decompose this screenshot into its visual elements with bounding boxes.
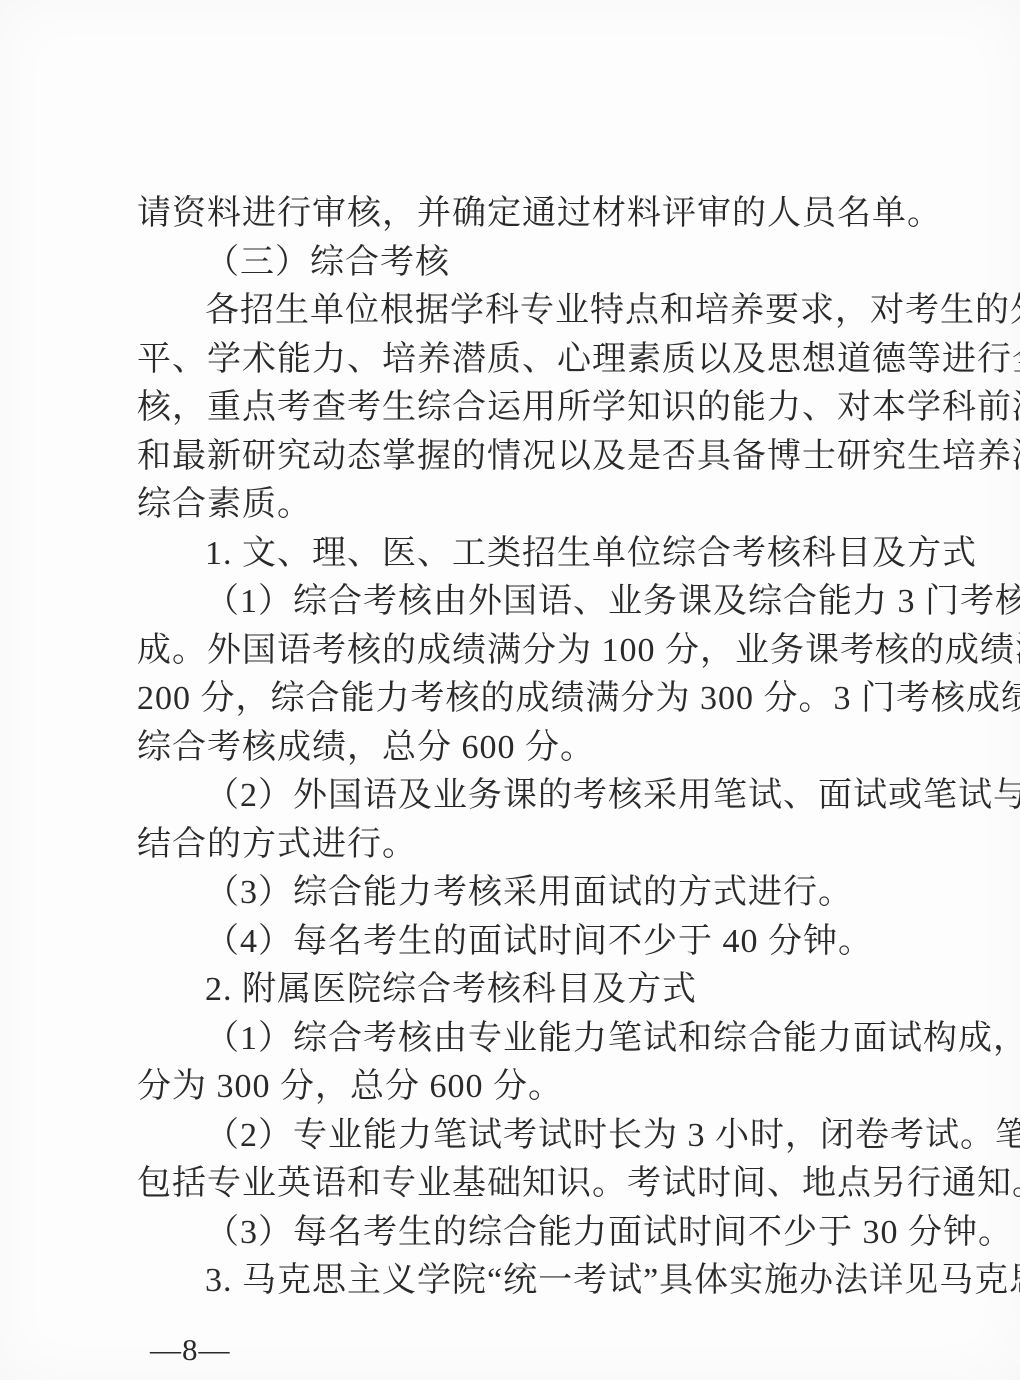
document-text-block: 请资料进行审核，并确定通过材料评审的人员名单。 （三）综合考核 各招生单位根据学… [137,190,937,1306]
text-line: 包括专业英语和专业基础知识。考试时间、地点另行通知。 [137,1160,937,1209]
text-line: 请资料进行审核，并确定通过材料评审的人员名单。 [137,190,937,239]
text-line: 平、学术能力、培养潜质、心理素质以及思想道德等进行全面考 [137,336,937,385]
text-line: 结合的方式进行。 [137,821,937,870]
document-page: 请资料进行审核，并确定通过材料评审的人员名单。 （三）综合考核 各招生单位根据学… [0,0,1020,1380]
text-line: （1）综合考核由专业能力笔试和综合能力面试构成，每门满 [137,1015,937,1064]
text-line: 200 分，综合能力考核的成绩满分为 300 分。3 门考核成绩加总为 [137,675,937,724]
text-line: （4）每名考生的面试时间不少于 40 分钟。 [137,918,937,967]
list-item-heading: 1. 文、理、医、工类招生单位综合考核科目及方式 [137,530,937,579]
text-line: 和最新研究动态掌握的情况以及是否具备博士研究生培养潜能和 [137,433,937,482]
text-line: （1）综合考核由外国语、业务课及综合能力 3 门考核科目构 [137,578,937,627]
text-line: 成。外国语考核的成绩满分为 100 分，业务课考核的成绩满分为 [137,627,937,676]
list-item-heading: 3. 马克思主义学院“统一考试”具体实施办法详见马克思主 [137,1257,937,1306]
text-line: （2）外国语及业务课的考核采用笔试、面试或笔试与面试相 [137,772,937,821]
list-item-heading: 2. 附属医院综合考核科目及方式 [137,966,937,1015]
text-line: 综合考核成绩，总分 600 分。 [137,724,937,773]
text-line: （3）每名考生的综合能力面试时间不少于 30 分钟。 [137,1209,937,1258]
text-line: 各招生单位根据学科专业特点和培养要求，对考生的外语水 [137,287,937,336]
text-line: 综合素质。 [137,481,937,530]
page-number: —8— [150,1330,231,1370]
text-line: （3）综合能力考核采用面试的方式进行。 [137,869,937,918]
text-line: 核，重点考查考生综合运用所学知识的能力、对本学科前沿知识 [137,384,937,433]
section-heading: （三）综合考核 [137,239,937,288]
text-line: 分为 300 分，总分 600 分。 [137,1063,937,1112]
text-line: （2）专业能力笔试考试时长为 3 小时，闭卷考试。笔试内容 [137,1112,937,1161]
